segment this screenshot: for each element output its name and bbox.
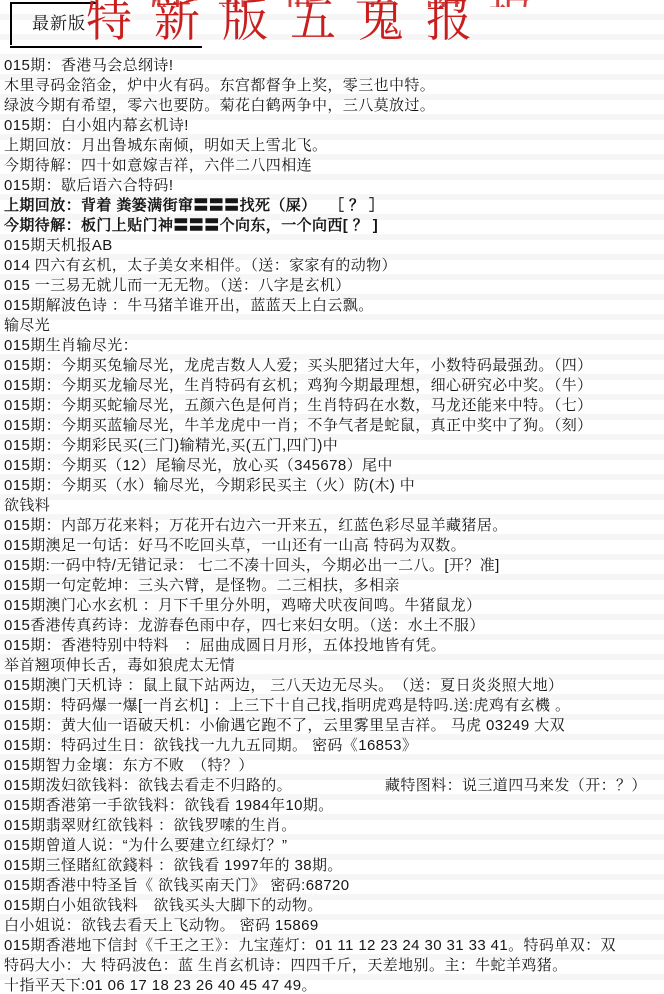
report-line-text: 015期：今期买（12）尾输尽光，放心买（345678）尾中: [4, 457, 393, 474]
report-line: 015期：今期买龙输尽光，生肖特码有玄机；鸡狗今期最理想，细心研究必中奖。（牛）: [0, 376, 664, 396]
report-line: 015期曾道人说：“为什么要建立红绿灯？”: [0, 836, 664, 856]
edition-badge-label: 最新版: [32, 14, 86, 33]
report-line: 015期澳足一句话：好马不吃回头草，一山还有一山高 特码为双数。: [0, 536, 664, 556]
report-line: 015期三怪賭紅欲錢料 ：欲钱看 1997年的 38期。: [0, 856, 664, 876]
report-line-text: 015期：特码爆一爆[一肖玄机] ：上三下十自己找,指明虎鸡是特吗.送:虎鸡有玄…: [4, 697, 570, 714]
report-line-text: 015期智力金壤：东方不败 （特？）: [4, 757, 254, 774]
report-line: 015期天机报AB: [0, 236, 664, 256]
report-line: 015期澳门天机诗 ：鼠上鼠下站两边， 三八天边无尽头。 （送：夏日炎炎照大地）: [0, 676, 664, 696]
report-line: 上期回放：月出鲁城东南倾，明如天上雪北飞。: [0, 136, 664, 156]
report-line: 015期香港中特圣旨《 欲钱买南天门》 密码:68720: [0, 876, 664, 896]
report-line-text: 015期：内部万花来料；万花开右边六一开来五，红蓝色彩尽显羊藏猪居。: [4, 517, 508, 534]
report-line: 015期：今期买（水）输尽光，今期彩民买主（火）防(木) 中: [0, 476, 664, 496]
report-line: 015期：今期买蛇输尽光，五颜六色是何肖；生肖特码在水数，马龙还能来中特。（七）: [0, 396, 664, 416]
section-shu-jin-guang: 输尽光: [0, 316, 664, 336]
report-line-text: 015期香港地下信封《千王之王》：九宝莲灯：01 11 12 23 24 30 …: [4, 937, 616, 954]
report-line: 015期：今期彩民买(三门)输精光,买(五门,四门)中: [0, 436, 664, 456]
report-line: 特码大小：大 特码波色：蓝 生肖玄机诗：四四千斤，天差地别。主：牛蛇羊鸡猪。: [0, 956, 664, 976]
edition-badge: 最新版: [10, 2, 96, 45]
report-line-text: 015期：今期买蓝输尽光，牛羊龙虎中一肖；不争气者是蛇鼠，真正中奖中了狗。（刻）: [4, 417, 593, 434]
report-line-text: 上期回放：月出鲁城东南倾，明如天上雪北飞。: [4, 137, 327, 154]
report-line-text: 绿波今期有希望，零六也要防。菊花白鹤两争中，三八莫放过。: [4, 97, 435, 114]
report-line: 015期生肖输尽光：: [0, 336, 664, 356]
report-line-text: 015期澳门心水玄机 ：月下千里分外明，鸡啼犬吠夜间鸣。牛猪鼠龙）: [4, 597, 481, 614]
report-line: 015期智力金壤：东方不败 （特？）: [0, 756, 664, 776]
report-line: 015期：黄大仙一语破天机：小偷遇它跑不了，云里雾里呈吉祥。 马虎 03249 …: [0, 716, 664, 736]
section-yu-qian-liao: 欲钱料: [0, 496, 664, 516]
report-header: 特新版五鬼报 最新版 特新版五鬼报: [0, 0, 664, 56]
report-line: 绿波今期有希望，零六也要防。菊花白鹤两争中，三八莫放过。: [0, 96, 664, 116]
report-line-text: 举首翘项伸长舌，毒如狼虎太无情: [4, 657, 235, 674]
report-line: 015期香港第一手欲钱料：欲钱看 1984年10期。: [0, 796, 664, 816]
report-line: 015 一三易无就儿而一无无物。（送：八字是玄机）: [0, 276, 664, 296]
report-line-text: 欲钱料: [4, 497, 50, 514]
report-line-text: 015期：香港马会总纲诗!: [4, 57, 173, 74]
report-line: 015期：今期买兔输尽光，龙虎吉数人人爱；买头肥猪过大年，小数特码最强劲。（四）: [0, 356, 664, 376]
report-line-text: 015期：特码过生日：欲钱找一九九五同期。 密码《16853》: [4, 737, 417, 754]
report-line: 015期翡翠财红欲钱料 ：欲钱罗嗦的生肖。: [0, 816, 664, 836]
report-line: 举首翘项伸长舌，毒如狼虎太无情: [0, 656, 664, 676]
report-line: 015期：特码过生日：欲钱找一九九五同期。 密码《16853》: [0, 736, 664, 756]
report-line-text: 015期：今期彩民买(三门)输精光,买(五门,四门)中: [4, 437, 338, 454]
report-line-text: 白小姐说：欲钱去看天上飞动物。 密码 15869: [4, 917, 319, 934]
report-line-text: 015期：黄大仙一语破天机：小偷遇它跑不了，云里雾里呈吉祥。 马虎 03249 …: [4, 717, 565, 734]
report-line-right-note: 藏特图料：说三道四马来发（开：？）: [385, 776, 647, 796]
report-line: 今期待解：四十如意嫁吉祥，六伴二八四相连: [0, 156, 664, 176]
report-line-text: 015期香港中特圣旨《 欲钱买南天门》 密码:68720: [4, 877, 349, 894]
report-line: 015期：特码爆一爆[一肖玄机] ：上三下十自己找,指明虎鸡是特吗.送:虎鸡有玄…: [0, 696, 664, 716]
report-line: 014 四六有玄机，太子美女来相伴。（送：家家有的动物）: [0, 256, 664, 276]
report-line: 十指平天下:01 06 17 18 23 26 40 45 47 49。: [0, 976, 664, 994]
report-line-text: 015期香港第一手欲钱料：欲钱看 1984年10期。: [4, 797, 334, 814]
report-line: 015期：歇后语六合特码!: [0, 176, 664, 196]
report-line-text: 015期：白小姐内幕玄机诗!: [4, 117, 189, 134]
report-line-text: 015期：今期买兔输尽光，龙虎吉数人人爱；买头肥猪过大年，小数特码最强劲。（四）: [4, 357, 593, 374]
report-line-text: 015期泼妇欲钱料：欲钱去看走不归路的。: [4, 777, 292, 794]
report-line: 015期香港地下信封《千王之王》：九宝莲灯：01 11 12 23 24 30 …: [0, 936, 664, 956]
report-line-text: 十指平天下:01 06 17 18 23 26 40 45 47 49。: [4, 977, 317, 994]
report-line-text: 015期：香港特别中特料 ：屈曲成圆日月形，五体投地皆有凭。: [4, 637, 446, 654]
report-line-text: 015期澳足一句话：好马不吃回头草，一山还有一山高 特码为双数。: [4, 537, 466, 554]
report-line-text: 014 四六有玄机，太子美女来相伴。（送：家家有的动物）: [4, 257, 397, 274]
report-line-text: 015期三怪賭紅欲錢料 ：欲钱看 1997年的 38期。: [4, 857, 343, 874]
report-line: 015期：香港特别中特料 ：屈曲成圆日月形，五体投地皆有凭。: [0, 636, 664, 656]
report-line-text: 015 一三易无就儿而一无无物。（送：八字是玄机）: [4, 277, 351, 294]
report-line: 015期：香港马会总纲诗!: [0, 56, 664, 76]
report-line-text: 输尽光: [4, 317, 50, 334]
report-line-text: 015期天机报AB: [4, 237, 113, 254]
report-line-text: 015期：歇后语六合特码!: [4, 177, 173, 194]
report-line-text: 015期曾道人说：“为什么要建立红绿灯？”: [4, 837, 287, 854]
report-line-text: 木里寻码金箔金，炉中火有码。东宫都督争上奖，零三也中特。: [4, 77, 435, 94]
report-line: 015期泼妇欲钱料：欲钱去看走不归路的。藏特图料：说三道四马来发（开：？）: [0, 776, 664, 796]
report-line-text: 015期解波色诗 ：牛马猪羊谁开出，蓝蓝天上白云飘。: [4, 297, 374, 314]
report-line: 015期澳门心水玄机 ：月下千里分外明，鸡啼犬吠夜间鸣。牛猪鼠龙）: [0, 596, 664, 616]
report-line-text: 015期：今期买蛇输尽光，五颜六色是何肖；生肖特码在水数，马龙还能来中特。（七）: [4, 397, 593, 414]
report-line: 015期解波色诗 ：牛马猪羊谁开出，蓝蓝天上白云飘。: [0, 296, 664, 316]
report-line-text: 今期待解：板门上贴门神〓〓〓个向东，一个向西[ ？ ]: [4, 217, 378, 234]
report-line-text: 015期生肖输尽光：: [4, 337, 138, 354]
report-line: 015期一句定乾坤：三头六臂，是怪物。二三相扶，多相亲: [0, 576, 664, 596]
report-line-text: 015期:一码中特/无错记录： 七二不凑十回头，今期必出一二八。[开？准]: [4, 557, 500, 574]
report-line-text: 今期待解：四十如意嫁吉祥，六伴二八四相连: [4, 157, 312, 174]
report-line-text: 015期翡翠财红欲钱料 ：欲钱罗嗦的生肖。: [4, 817, 297, 834]
report-line-text: 015香港传真药诗：龙游春色雨中存，四七来妇女明。（送：水土不服）: [4, 617, 485, 634]
report-line-text: 015期澳门天机诗 ：鼠上鼠下站两边， 三八天边无尽头。 （送：夏日炎炎照大地）: [4, 677, 563, 694]
report-line-text: 015期：今期买龙输尽光，生肖特码有玄机；鸡狗今期最理想，细心研究必中奖。（牛）: [4, 377, 593, 394]
report-line: 015期：今期买蓝输尽光，牛羊龙虎中一肖；不争气者是蛇鼠，真正中奖中了狗。（刻）: [0, 416, 664, 436]
report-line-text: 015期白小姐欲钱料 欲钱买头大脚下的动物。: [4, 897, 323, 914]
report-line: 白小姐说：欲钱去看天上飞动物。 密码 15869: [0, 916, 664, 936]
report-line: 015香港传真药诗：龙游春色雨中存，四七来妇女明。（送：水土不服）: [0, 616, 664, 636]
report-line: 015期:一码中特/无错记录： 七二不凑十回头，今期必出一二八。[开？准]: [0, 556, 664, 576]
report-line: 015期：白小姐内幕玄机诗!: [0, 116, 664, 136]
report-line: 上期回放：背着 粪篓满街窜〓〓〓找死（屎） ［ ？ ］: [0, 196, 664, 216]
report-line-text: 特码大小：大 特码波色：蓝 生肖玄机诗：四四千斤，天差地别。主：牛蛇羊鸡猪。: [4, 957, 568, 974]
report-line-text: 015期：今期买（水）输尽光，今期彩民买主（火）防(木) 中: [4, 477, 415, 494]
report-line: 今期待解：板门上贴门神〓〓〓个向东，一个向西[ ？ ]: [0, 216, 664, 236]
report-line-text: 015期一句定乾坤：三头六臂，是怪物。二三相扶，多相亲: [4, 577, 400, 594]
report-line: 015期白小姐欲钱料 欲钱买头大脚下的动物。: [0, 896, 664, 916]
report-line-text: 上期回放：背着 粪篓满街窜〓〓〓找死（屎） ［ ？ ］: [4, 197, 384, 214]
report-line: 015期：内部万花来料；万花开右边六一开来五，红蓝色彩尽显羊藏猪居。: [0, 516, 664, 536]
page-title: 特新版五鬼报: [86, 0, 494, 48]
five-ghost-report-page: 特新版五鬼报 最新版 特新版五鬼报 015期：香港马会总纲诗!木里寻码金箔金，炉…: [0, 0, 664, 994]
report-line: 015期：今期买（12）尾输尽光，放心买（345678）尾中: [0, 456, 664, 476]
report-body: 015期：香港马会总纲诗!木里寻码金箔金，炉中火有码。东宫都督争上奖，零三也中特…: [0, 56, 664, 994]
report-line: 木里寻码金箔金，炉中火有码。东宫都督争上奖，零三也中特。: [0, 76, 664, 96]
